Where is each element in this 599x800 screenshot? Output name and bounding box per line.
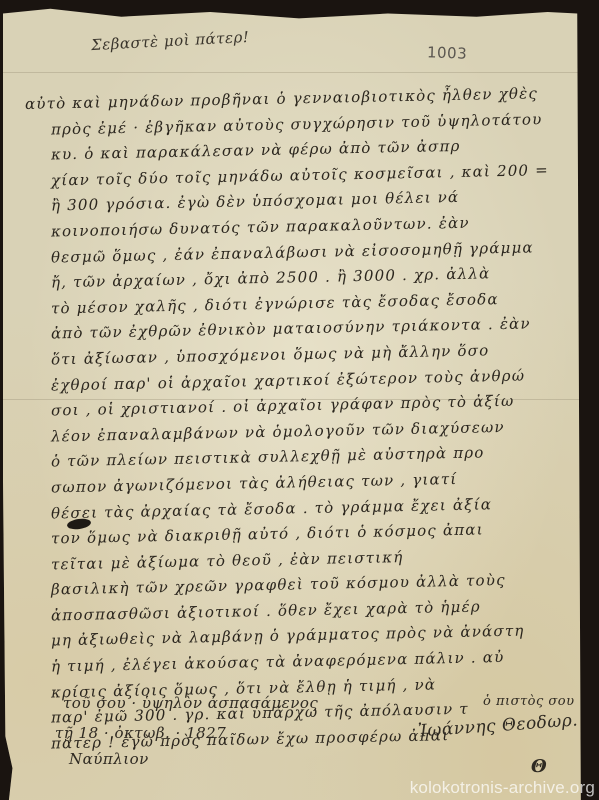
manuscript-page: Σεβαστὲ μοὶ πάτερ! 1003 αὐτὸ καὶ μηνάδων… [3,4,595,800]
fold-line [3,72,585,73]
signature-title: ὁ πιστὸς σου [483,694,575,709]
salutation: Σεβαστὲ μοὶ πάτερ! [91,28,250,54]
archive-number: 1003 [427,43,468,62]
letter-date: τῇ 18 · ὀκτωβ. · 1827 [55,724,226,742]
letter-body: αὐτὸ καὶ μηνάδων προβῆναι ὁ γενναιοβιοτι… [25,92,595,757]
watermark: kolokotronis-archive.org [410,778,595,798]
closing-line: τοῦ σου · ὑψηλὸν ἀσπασάμενος [63,694,318,712]
letter-place: Ναύπλιον [69,750,149,768]
signature-flourish: Θ [531,756,547,777]
